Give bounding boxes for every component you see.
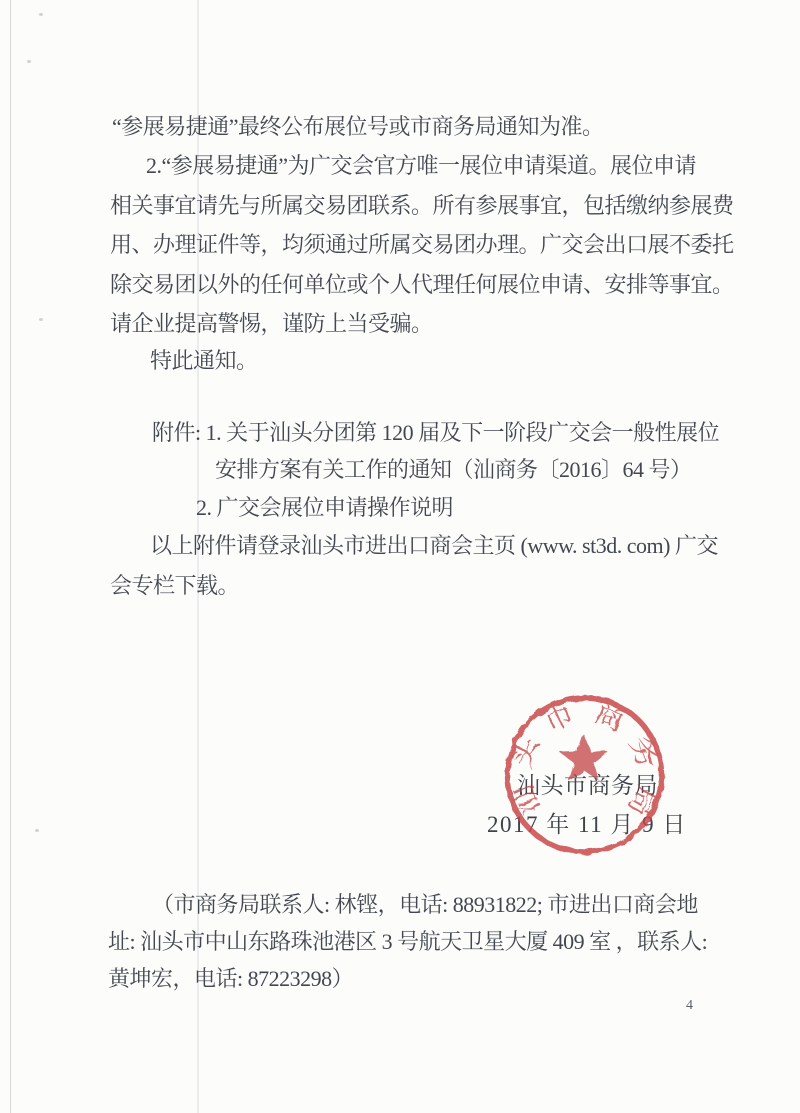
page-edge-line xyxy=(10,0,11,1113)
body-line: “参展易捷通”最终公布展位号或市商务局通知为准。 xyxy=(112,112,604,142)
signature-date: 2017 年 11 月 9 日 xyxy=(487,810,687,840)
body-line: 除交易团以外的任何单位或个人代理任何展位申请、安排等事宜。 xyxy=(110,270,734,300)
scan-speck xyxy=(39,13,43,16)
body-line-notice-close: 特此通知。 xyxy=(150,346,258,376)
scan-speck xyxy=(39,318,43,321)
contact-line: 黄坤宏，电话: 87223298） xyxy=(108,964,353,994)
scan-speck xyxy=(35,829,39,832)
signature-organization: 汕头市商务局 xyxy=(517,771,658,801)
attachment-line: 会专栏下载。 xyxy=(110,571,239,601)
body-line: 用、办理证件等，均须通过所属交易团办理。广交会出口展不委托 xyxy=(110,230,734,260)
attachment-line: 安排方案有关工作的通知（汕商务〔2016〕64 号） xyxy=(215,455,692,485)
seal-arc-char: 市 xyxy=(538,696,579,738)
scan-speck xyxy=(27,60,31,63)
attachment-line: 附件: 1. 关于汕头分团第 120 届及下一阶段广交会一般性展位 xyxy=(152,418,719,448)
seal-arc-char: 商 xyxy=(589,695,630,737)
document-page: “参展易捷通”最终公布展位号或市商务局通知为准。 2.“参展易捷通”为广交会官方… xyxy=(0,0,800,1113)
body-line: 2.“参展易捷通”为广交会官方唯一展位申请渠道。展位申请 xyxy=(146,151,696,181)
seal-arc-char: 务 xyxy=(623,732,665,772)
attachment-line: 以上附件请登录汕头市进出口商会主页 (www. st3d. com) 广交 xyxy=(150,531,718,561)
contact-line: （市商务局联系人: 林铿，电话: 88931822; 市进出口商会地 xyxy=(152,890,698,920)
body-line: 请企业提高警惕，谨防上当受骗。 xyxy=(110,309,433,339)
contact-line: 址: 汕头市中山东路珠池港区 3 号航天卫星大厦 409 室 ，联系人: xyxy=(108,927,707,957)
body-line: 相关事宜请先与所属交易团联系。所有参展事宜，包括缴纳参展费 xyxy=(110,191,734,221)
seal-arc-char: 头 xyxy=(504,731,546,772)
page-number: 4 xyxy=(686,998,693,1014)
attachment-line: 2. 广交会展位申请操作说明 xyxy=(196,493,453,523)
